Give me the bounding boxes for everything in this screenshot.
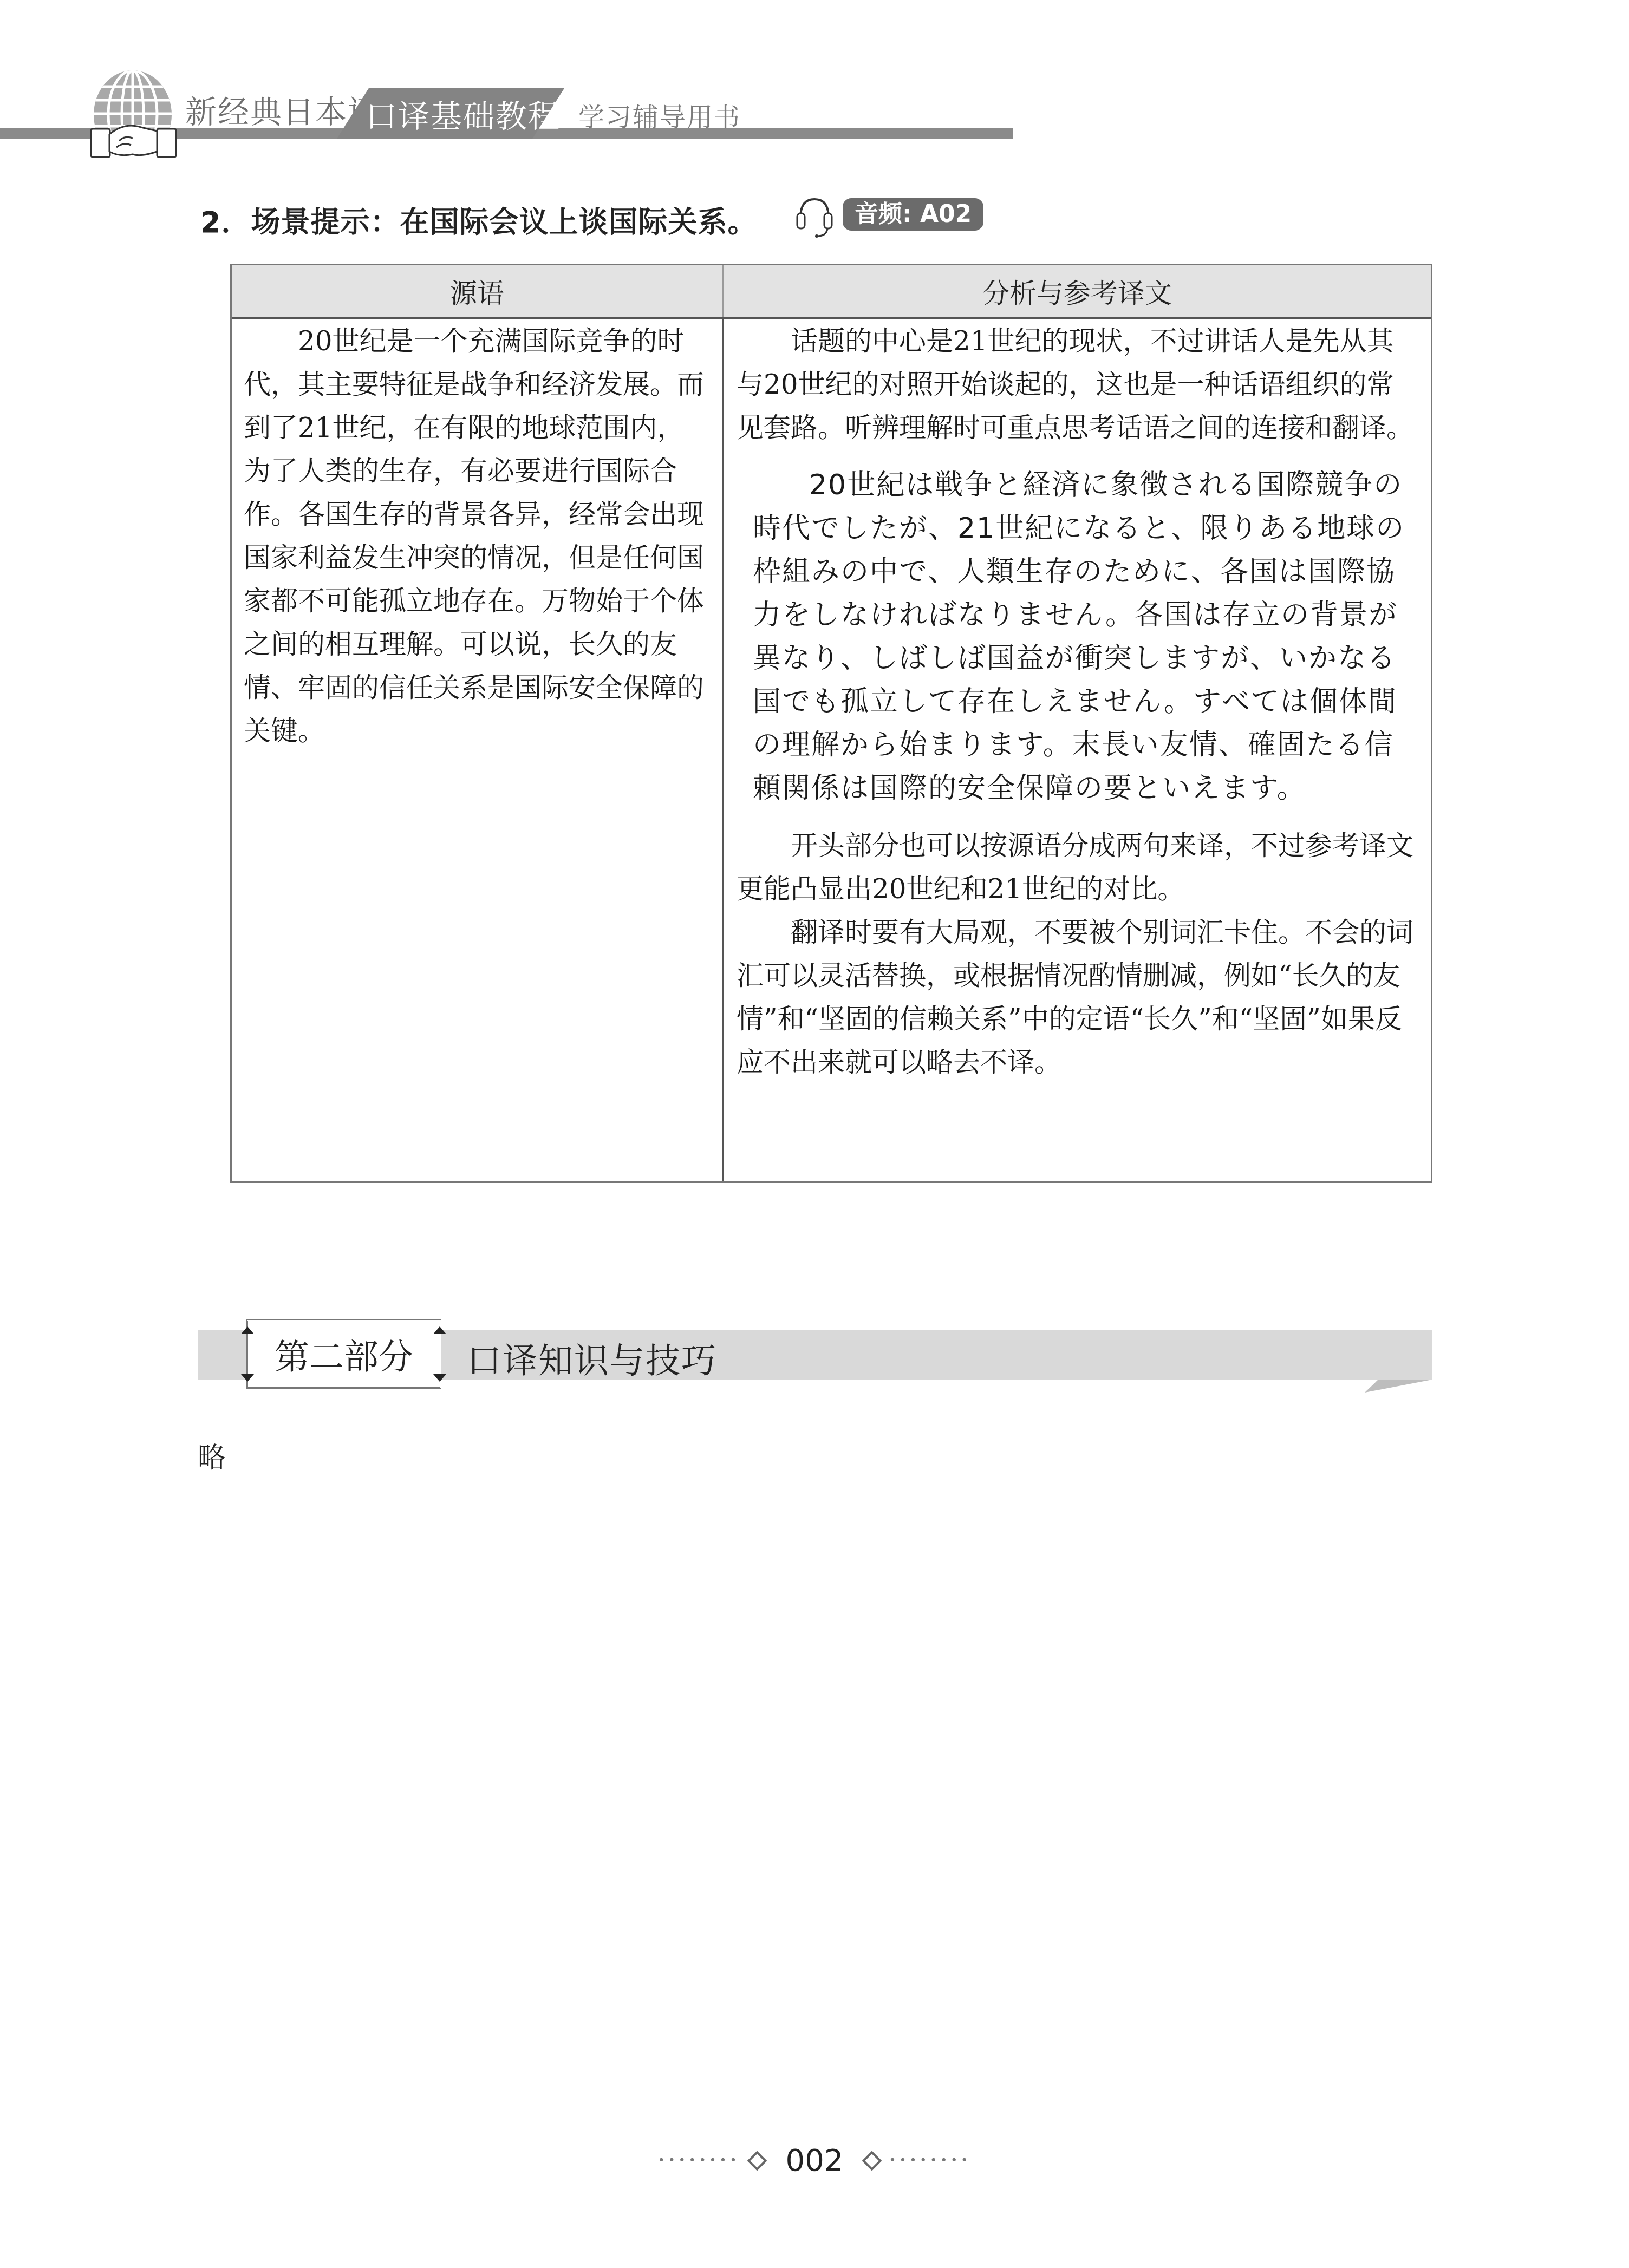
translation-table: 源语 分析与参考译文 20世纪是一个充满国际竞争的时代，其主要特征是战争和经济发… — [230, 264, 1432, 1183]
notch-icon — [241, 1374, 254, 1382]
page-number: 002 — [786, 2143, 844, 2178]
source-text-cell: 20世纪是一个充满国际竞争的时代，其主要特征是战争和经济发展。而到了21世纪，在… — [244, 319, 709, 753]
analysis-note: 开头部分也可以按源语分成两句来译，不过参考译文更能凸显出20世纪和21世纪的对比… — [737, 824, 1420, 911]
table-header-row: 源语 分析与参考译文 — [232, 265, 1431, 319]
dot-leader: •••••••• — [658, 2154, 740, 2167]
part-body-text: 略 — [198, 1435, 226, 1475]
column-header-analysis: 分析与参考译文 — [724, 265, 1431, 317]
banner-fold — [1365, 1380, 1432, 1393]
reference-translation: 20世紀は戦争と経済に象徴される国際競争の時代でしたが、21世紀になると、限りあ… — [737, 463, 1420, 810]
column-header-source: 源语 — [232, 265, 724, 317]
section-title: 2．场景提示：在国际会议上谈国际关系。 — [200, 199, 758, 241]
analysis-intro: 话题的中心是21世纪的现状，不过讲话人是先从其与20世纪的对照开始谈起的，这也是… — [737, 319, 1420, 449]
page-footer: •••••••• 002 •••••••• — [0, 2143, 1629, 2178]
globe-handshake-icon — [81, 70, 184, 160]
notch-icon — [433, 1374, 446, 1382]
headset-icon[interactable] — [795, 195, 834, 238]
notch-icon — [433, 1326, 446, 1334]
book-title: 口译基础教程 — [366, 91, 561, 136]
book-subtitle: 学习辅导用书 — [578, 96, 741, 134]
column-divider — [722, 317, 724, 1181]
source-paragraph: 20世纪是一个充满国际竞争的时代，其主要特征是战争和经济发展。而到了21世纪，在… — [244, 319, 709, 753]
diamond-icon — [862, 2151, 882, 2171]
part-label: 第二部分 — [275, 1329, 413, 1379]
analysis-cell: 话题的中心是21世纪的现状，不过讲话人是先从其与20世纪的对照开始谈起的，这也是… — [737, 319, 1420, 1084]
audio-track-badge[interactable]: 音频: A02 — [843, 198, 983, 231]
diamond-icon — [747, 2151, 767, 2171]
part-label-box: 第二部分 — [246, 1319, 441, 1389]
notch-icon — [241, 1326, 254, 1334]
part-title: 口译知识与技巧 — [467, 1333, 717, 1383]
analysis-note: 翻译时要有大局观，不要被个别词汇卡住。不会的词汇可以灵活替换，或根据情况酌情删减… — [737, 911, 1420, 1084]
dot-leader: •••••••• — [889, 2154, 971, 2167]
